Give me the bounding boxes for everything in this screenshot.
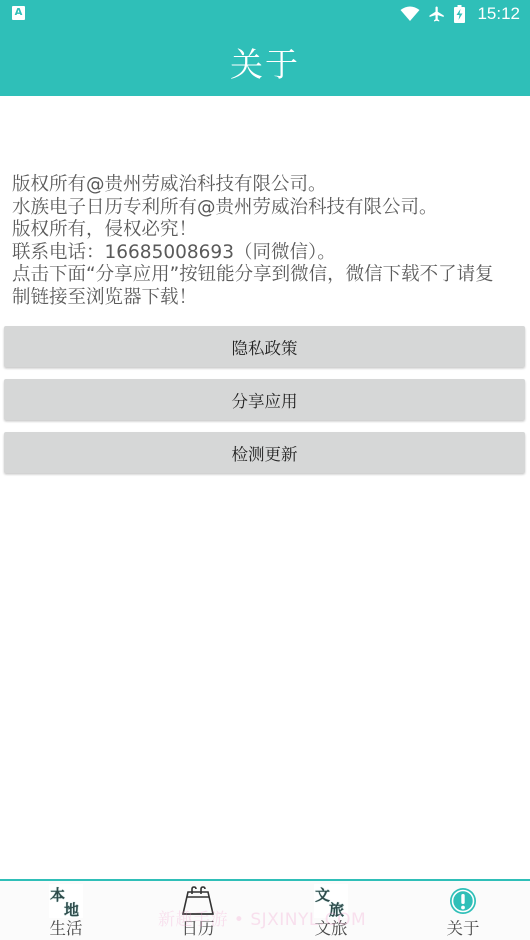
bottom-navigation: 本 地 生活 日历 文 旅 文旅 (0, 879, 530, 940)
privacy-policy-button[interactable]: 隐私政策 (4, 326, 525, 367)
app-notification-icon: A (12, 6, 25, 20)
battery-charging-icon (454, 5, 465, 23)
nav-item-life[interactable]: 本 地 生活 (0, 881, 132, 940)
calendar-icon (181, 886, 215, 916)
status-icons: 15:12 (400, 3, 520, 25)
nav-label: 日历 (182, 919, 215, 939)
nav-label: 关于 (447, 919, 480, 939)
clock: 15:12 (477, 4, 520, 24)
nav-label: 文旅 (315, 919, 348, 939)
info-line: 水族电子日历专利所有@贵州劳威治科技有限公司。 (12, 197, 522, 220)
check-update-button[interactable]: 检测更新 (4, 432, 525, 473)
local-life-icon: 本 地 (49, 884, 83, 918)
info-line: 版权所有@贵州劳威治科技有限公司。 (12, 174, 522, 197)
nav-item-calendar[interactable]: 日历 (132, 881, 264, 940)
info-line: 点击下面“分享应用”按钮能分享到微信，微信下载不了请复 (12, 264, 522, 287)
page-title: 关于 (230, 39, 300, 86)
status-bar: A 15:12 (0, 0, 530, 28)
info-line: 制链接至浏览器下载！ (12, 287, 522, 310)
info-line: 联系电话：16685008693（同微信）。 (12, 242, 522, 265)
copyright-info: 版权所有@贵州劳威治科技有限公司。 水族电子日历专利所有@贵州劳威治科技有限公司… (12, 174, 522, 309)
share-app-button[interactable]: 分享应用 (4, 379, 525, 420)
wifi-icon (400, 6, 420, 22)
info-line: 版权所有，侵权必究！ (12, 219, 522, 242)
airplane-mode-icon (428, 5, 446, 23)
nav-label: 生活 (50, 919, 83, 939)
app-bar: 关于 (0, 28, 530, 96)
nav-item-culture-tourism[interactable]: 文 旅 文旅 (265, 881, 397, 940)
culture-tourism-icon: 文 旅 (314, 884, 348, 918)
info-exclamation-icon (449, 887, 477, 915)
nav-item-about[interactable]: 关于 (397, 881, 529, 940)
